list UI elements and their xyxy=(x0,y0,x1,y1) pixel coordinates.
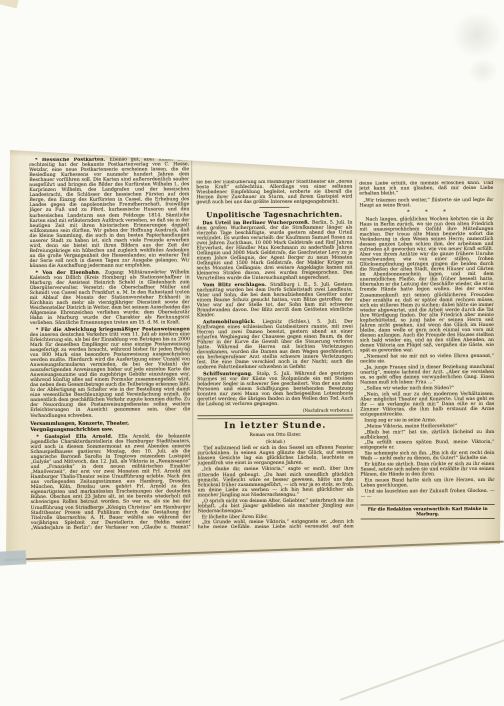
responsibility-text: Für die Redaktion verantwortlich: Karl H… xyxy=(368,506,488,516)
blue-mark-artifact xyxy=(0,550,26,565)
novel-dialog-line: „Bleib bei mir!“ bat sie, zärtlich läche… xyxy=(360,429,494,440)
item-lead: * Gastspiel Ella Arnold. xyxy=(36,434,118,439)
novel-dialog-line: Sie schmiegte sich an ihn. „Bin ich dir … xyxy=(360,451,494,462)
novel-dialog-line: „Im Grunde wohl, meine Viktoria,“ entgeg… xyxy=(198,520,354,528)
item-lead: Automobilunglück. xyxy=(203,320,263,325)
responsibility-line: Für die Redaktion verantwortlich: Karl H… xyxy=(361,504,495,520)
scan-smudge xyxy=(468,58,498,84)
item-lead: Das Urteil im Berliner Wucherprozeß. xyxy=(202,220,311,225)
novel-dialog-line: „O sprich nicht von deinem Alter, Gelieb… xyxy=(198,498,354,514)
news-item-postanweisungen: * Für die Abwicklung kriegsmäßiger Posta… xyxy=(30,327,190,419)
novel-dialog-line: „Meine Viktoria, meine Heißersehnte!“ xyxy=(360,424,494,430)
section-headline-tagesnachrichten: Unpolitische Tagesnachrichten. xyxy=(196,210,352,219)
novel-paragraph: Nach langen, glücklichen Wochen kehrten … xyxy=(359,217,494,354)
continued-novel-line: deine Liebe erfüllt, die niemals erlösch… xyxy=(359,181,493,197)
column-right: deine Liebe erfüllt, die niemals erlösch… xyxy=(359,181,494,504)
novel-paragraph: Tief aufatmend ließ er sich in den Sesse… xyxy=(197,446,353,467)
novel-closing-line: Und sie lauschten aus der Zukunft frohen… xyxy=(361,489,495,500)
events-section-header: Versammlungen, Konzerte, Theater, Vergnü… xyxy=(30,420,190,433)
column-left: * Hessische Postkarten. Ebenso gut, aber… xyxy=(29,157,191,530)
reprint-notice: (Nachdruck verboten.) xyxy=(197,408,352,414)
separator-dots: * * * xyxy=(359,209,493,216)
feuilleton-title: In letzter Stunde. xyxy=(197,421,353,432)
newspaper-page: * Hessische Postkarten. Ebenso gut, aber… xyxy=(0,0,504,706)
sheet-below-edge xyxy=(340,620,504,700)
novel-dialog-line: „Sollen wir wieder nach dem Süden?“ xyxy=(360,386,494,392)
novel-dialog-line: „Nein, ich will nur zu den modernen Verh… xyxy=(360,392,494,418)
novel-dialog-line: „Niemand hat sie mir mit so vielen Ehren… xyxy=(360,354,494,365)
news-item-gastspiel-ella-arnold: * Gastspiel Ella Arnold. Ella Arnold, di… xyxy=(30,434,190,530)
item-lead: Vom Blitz erschlagen. xyxy=(203,283,270,288)
news-item-blitz: Vom Blitz erschlagen. Straßburg i. E., 5… xyxy=(197,282,353,318)
feuilleton-byline: Roman von Otto Elster. xyxy=(197,432,353,438)
novel-dialog-line: „Ja, junge Frauen sind in dieser Beziehu… xyxy=(360,365,494,386)
column-rule-left xyxy=(191,152,194,529)
novel-dialog-line: „Ich danke dir, meine Viktoria,“ sagte e… xyxy=(198,467,354,498)
feuilleton-double-rule xyxy=(197,414,353,419)
novel-dialog-line: „Da erfüllt unsern späten Bund, meine Vi… xyxy=(360,440,494,451)
item-lead: Schiffsuntergang. xyxy=(203,372,256,377)
item-lead: * Von der Eisenbahn. xyxy=(36,270,105,275)
continued-theater-note: sie bei der Einstudierung am Hamburger S… xyxy=(196,180,352,206)
news-item-schiffsuntergang: Schiffsuntergang. Stolp, 5. Juli. Währen… xyxy=(197,371,353,407)
item-lead: * Für die Abwicklung kriegsmäßiger Posta… xyxy=(36,327,190,333)
page-content: * Hessische Postkarten. Ebenso gut, aber… xyxy=(0,0,504,706)
scan-corner-blob xyxy=(0,0,19,9)
novel-dialog-line: Innig zog er sie in seine Arme. xyxy=(360,418,494,424)
column-rule-right xyxy=(355,180,357,510)
news-item-automobil: Automobilunglück. Liegnitz (Schles.), 5.… xyxy=(197,319,353,370)
novel-dialog-line: „Wir träumen noch weiter,“ flüsterte sie… xyxy=(359,198,493,209)
scan-background: * Hessische Postkarten. Ebenso gut, aber… xyxy=(0,0,504,706)
column-middle: sie bei der Einstudierung am Hamburger S… xyxy=(196,180,354,529)
news-item-hessische-postkarten: * Hessische Postkarten. Ebenso gut, aber… xyxy=(29,157,189,269)
separator-dash xyxy=(259,207,289,208)
novel-dialog-line: Er küßte sie zärtlich. Dann rückte er si… xyxy=(360,462,494,478)
news-item-eisenbahn: * Von der Eisenbahn. Zugang: Militäranwä… xyxy=(30,270,190,326)
feuilleton-part-note: (Schluß.) xyxy=(197,438,353,444)
news-item-wucherprozess: Das Urteil im Berliner Wucherprozeß. Ber… xyxy=(196,220,352,281)
scan-smudge xyxy=(452,12,502,58)
novel-dialog-line: Ein neues Band hatte sich um ihre Herzen… xyxy=(361,478,495,489)
